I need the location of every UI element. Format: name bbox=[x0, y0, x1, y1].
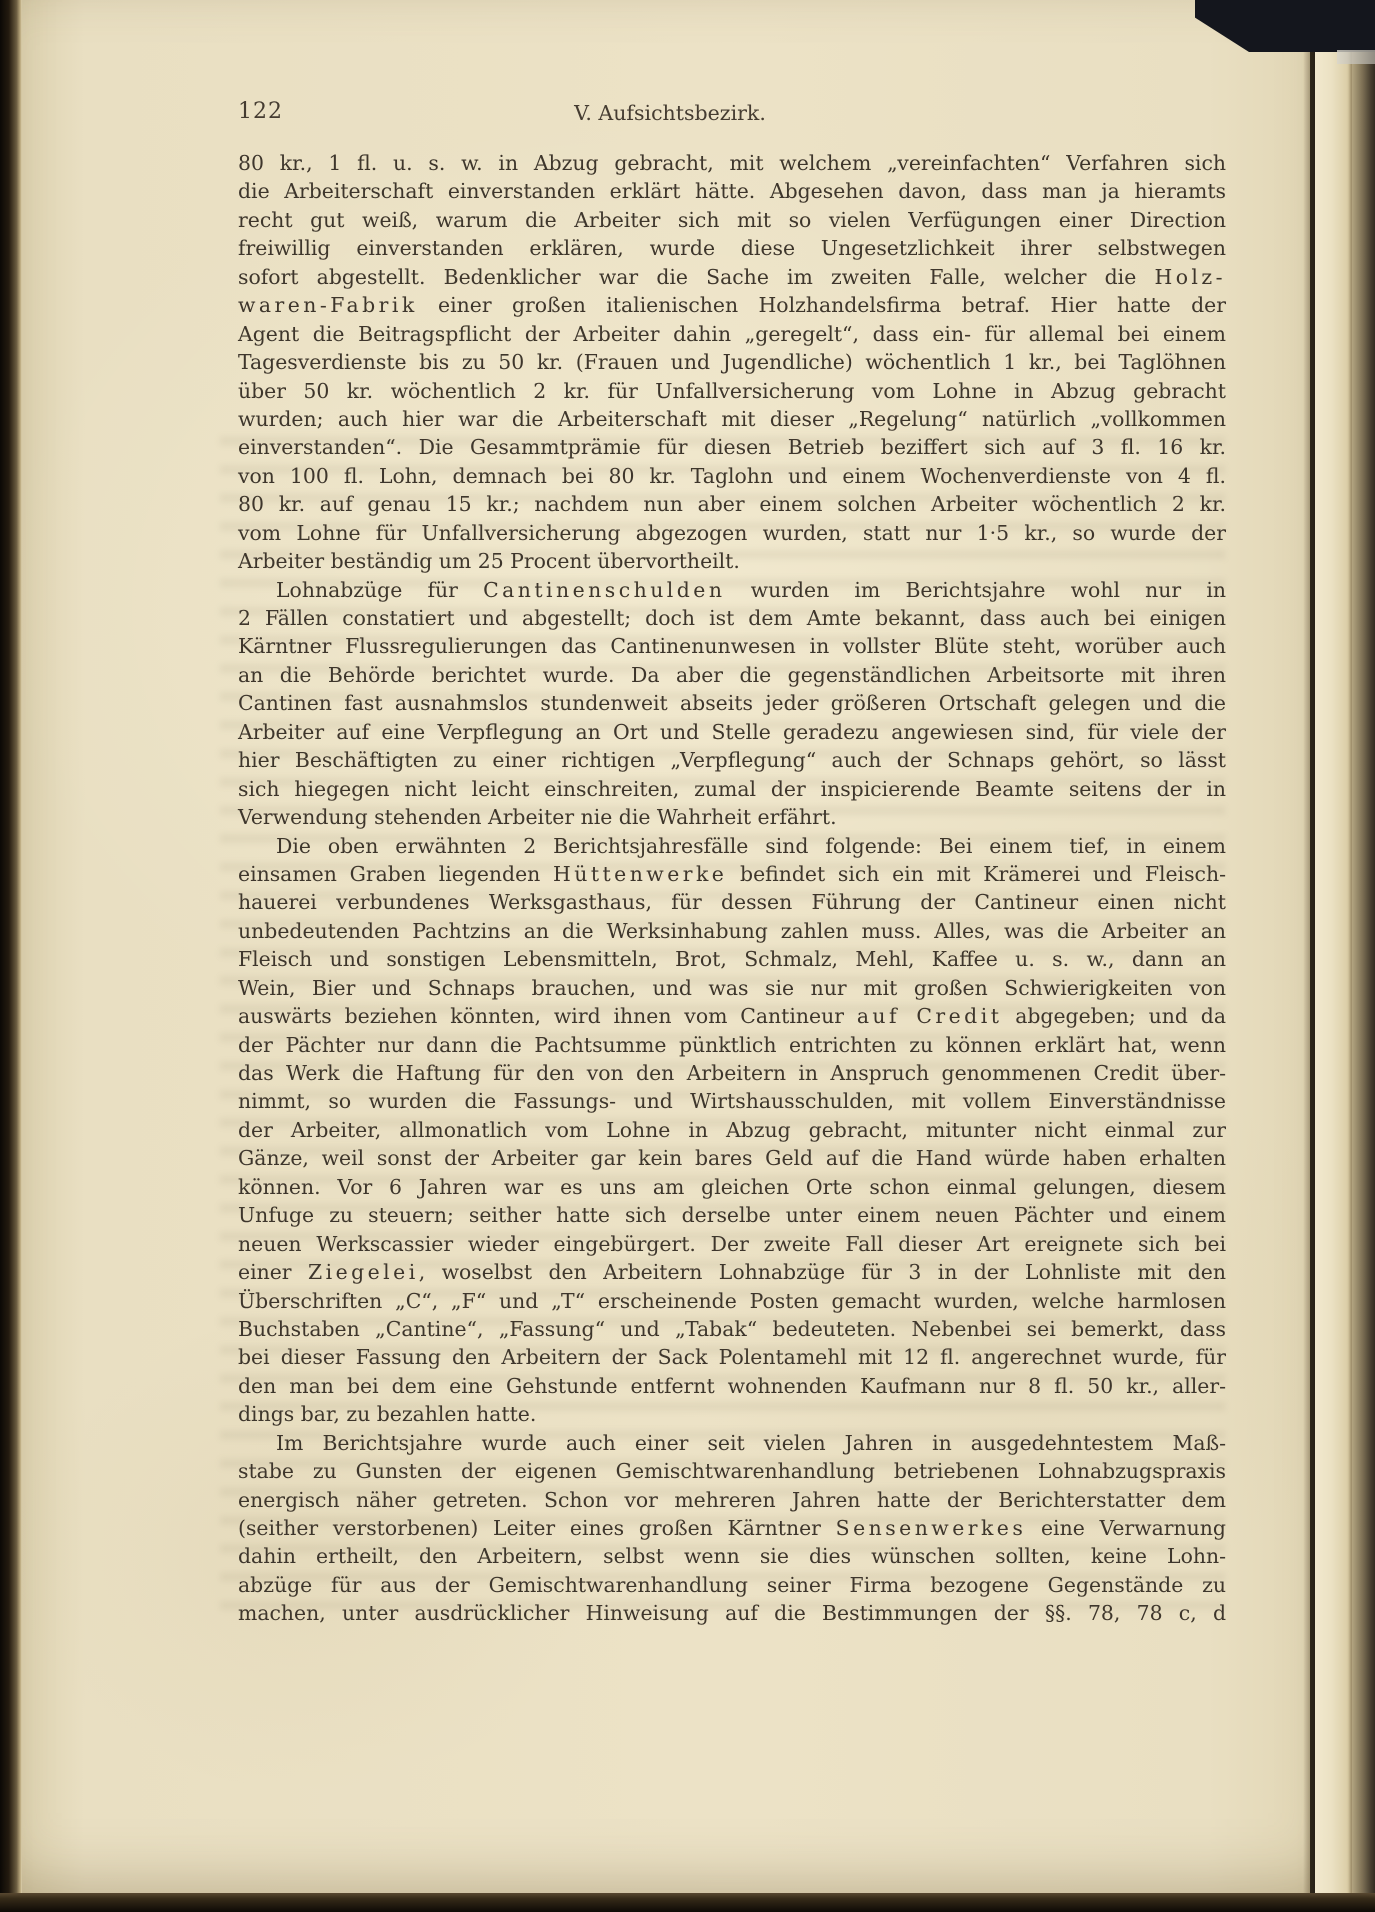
page-gutter-crease bbox=[1303, 0, 1315, 1895]
text-line: einsamen Graben liegenden Hüttenwerke be… bbox=[238, 860, 1226, 888]
page: 122 V. Aufsichtsbezirk. 80 kr., 1 fl. u.… bbox=[20, 0, 1310, 1895]
letterspaced-text: auf Credit bbox=[857, 1004, 1003, 1028]
text-line: den man bei dem eine Gehstunde entfernt … bbox=[238, 1372, 1226, 1400]
text-line: Buchstaben „Cantine“, „Fassung“ und „Tab… bbox=[238, 1315, 1226, 1343]
text-line: machen, unter ausdrücklicher Hinweisung … bbox=[238, 1599, 1226, 1627]
text-column: 80 kr., 1 fl. u. s. w. in Abzug gebracht… bbox=[238, 149, 1226, 1628]
letterspaced-text: Cantinenschulden bbox=[483, 578, 725, 602]
scan-left-edge bbox=[0, 0, 22, 1912]
running-header: V. Aufsichtsbezirk. bbox=[450, 101, 890, 125]
text-line: Arbeiter beständig um 25 Procent übervor… bbox=[238, 547, 1226, 575]
paragraph: Im Berichtsjahre wurde auch einer seit v… bbox=[238, 1429, 1226, 1628]
letterspaced-text: Sensenwerkes bbox=[836, 1516, 1027, 1540]
text-line: Agent die Beitragspflicht der Arbeiter d… bbox=[238, 320, 1226, 348]
letterspaced-text: Holz- bbox=[1154, 265, 1226, 289]
page-edge-highlight bbox=[1337, 50, 1375, 64]
text-line: von 100 fl. Lohn, demnach bei 80 kr. Tag… bbox=[238, 462, 1226, 490]
text-line: stabe zu Gunsten der eigenen Gemischtwar… bbox=[238, 1457, 1226, 1485]
text-line: freiwillig einverstanden erklären, wurde… bbox=[238, 234, 1226, 262]
text-line: Überschriften „C“, „F“ und „T“ erscheine… bbox=[238, 1287, 1226, 1315]
text-line: Kärntner Flussregulierungen das Cantinen… bbox=[238, 632, 1226, 660]
text-line: über 50 kr. wöchentlich 2 kr. für Unfall… bbox=[238, 377, 1226, 405]
text-line: Gänze, weil sonst der Arbeiter gar kein … bbox=[238, 1144, 1226, 1172]
text-line: waren-Fabrik einer großen italienischen … bbox=[238, 291, 1226, 319]
text-line: Arbeiter auf eine Verpflegung an Ort und… bbox=[238, 718, 1226, 746]
text-line: Wein, Bier und Schnaps brauchen, und was… bbox=[238, 974, 1226, 1002]
letterspaced-text: Hüttenwerke bbox=[553, 862, 727, 886]
text-line: Tagesverdienste bis zu 50 kr. (Frauen un… bbox=[238, 348, 1226, 376]
paragraph: 80 kr., 1 fl. u. s. w. in Abzug gebracht… bbox=[238, 149, 1226, 576]
text-line: 80 kr., 1 fl. u. s. w. in Abzug gebracht… bbox=[238, 149, 1226, 177]
letterspaced-text: waren-Fabrik bbox=[238, 293, 418, 317]
paragraph: Lohnabzüge für Cantinenschulden wurden i… bbox=[238, 576, 1226, 832]
text-line: auswärts beziehen könnten, wird ihnen vo… bbox=[238, 1002, 1226, 1030]
text-line: das Werk die Haftung für den von den Arb… bbox=[238, 1059, 1226, 1087]
text-line: abzüge für aus der Gemischtwarenhandlung… bbox=[238, 1571, 1226, 1599]
text-line: einverstanden“. Die Gesammtprämie für di… bbox=[238, 433, 1226, 461]
text-line: Cantinen fast ausnahmslos stundenweit ab… bbox=[238, 689, 1226, 717]
text-line: 2 Fällen constatiert und abgestellt; doc… bbox=[238, 604, 1226, 632]
text-line: vom Lohne für Unfallversicherung abgezog… bbox=[238, 519, 1226, 547]
text-line: der Arbeiter, allmonatlich vom Lohne in … bbox=[238, 1116, 1226, 1144]
text-line: Verwendung stehenden Arbeiter nie die Wa… bbox=[238, 803, 1226, 831]
book-scan: 122 V. Aufsichtsbezirk. 80 kr., 1 fl. u.… bbox=[0, 0, 1375, 1912]
next-page-edge bbox=[1315, 0, 1352, 1895]
text-line: dings bar, zu bezahlen hatte. bbox=[238, 1400, 1226, 1428]
text-line: an die Behörde berichtet wurde. Da aber … bbox=[238, 661, 1226, 689]
text-line: hauerei verbundenes Werksgasthaus, für d… bbox=[238, 888, 1226, 916]
text-line: der Pächter nur dann die Pachtsumme pünk… bbox=[238, 1031, 1226, 1059]
text-line: sich hiegegen nicht leicht einschreiten,… bbox=[238, 775, 1226, 803]
paragraph: Die oben erwähnten 2 Berichtsjahresfälle… bbox=[238, 832, 1226, 1429]
text-line: wurden; auch hier war die Arbeiterschaft… bbox=[238, 405, 1226, 433]
text-line: Unfuge zu steuern; seither hatte sich de… bbox=[238, 1201, 1226, 1229]
text-line: Im Berichtsjahre wurde auch einer seit v… bbox=[238, 1429, 1226, 1457]
page-number: 122 bbox=[238, 99, 283, 124]
text-line: Fleisch und sonstigen Lebensmitteln, Bro… bbox=[238, 945, 1226, 973]
text-line: recht gut weiß, warum die Arbeiter sich … bbox=[238, 206, 1226, 234]
text-line: (seither verstorbenen) Leiter eines groß… bbox=[238, 1514, 1226, 1542]
text-line: neuen Werkscassier wieder eingebürgert. … bbox=[238, 1230, 1226, 1258]
text-line: bei dieser Fassung den Arbeitern der Sac… bbox=[238, 1343, 1226, 1371]
text-line: hier Beschäftigten zu einer richtigen „V… bbox=[238, 746, 1226, 774]
text-line: 80 kr. auf genau 15 kr.; nachdem nun abe… bbox=[238, 490, 1226, 518]
text-line: können. Vor 6 Jahren war es uns am gleic… bbox=[238, 1173, 1226, 1201]
text-line: die Arbeiterschaft einverstanden erklärt… bbox=[238, 177, 1226, 205]
text-line: einer Ziegelei, woselbst den Arbeitern L… bbox=[238, 1258, 1226, 1286]
text-line: nimmt, so wurden die Fassungs- und Wirts… bbox=[238, 1087, 1226, 1115]
text-line: Lohnabzüge für Cantinenschulden wurden i… bbox=[238, 576, 1226, 604]
scan-bottom-edge bbox=[0, 1893, 1375, 1912]
text-line: sofort abgestellt. Bedenklicher war die … bbox=[238, 263, 1226, 291]
text-line: unbedeutenden Pachtzins an die Werksinha… bbox=[238, 917, 1226, 945]
text-line: dahin ertheilt, den Arbeitern, selbst we… bbox=[238, 1542, 1226, 1570]
text-line: energisch näher getreten. Schon vor mehr… bbox=[238, 1486, 1226, 1514]
page-stack-edge bbox=[1352, 0, 1375, 1895]
text-line: Die oben erwähnten 2 Berichtsjahresfälle… bbox=[238, 832, 1226, 860]
letterspaced-text: Ziegelei bbox=[308, 1260, 419, 1284]
